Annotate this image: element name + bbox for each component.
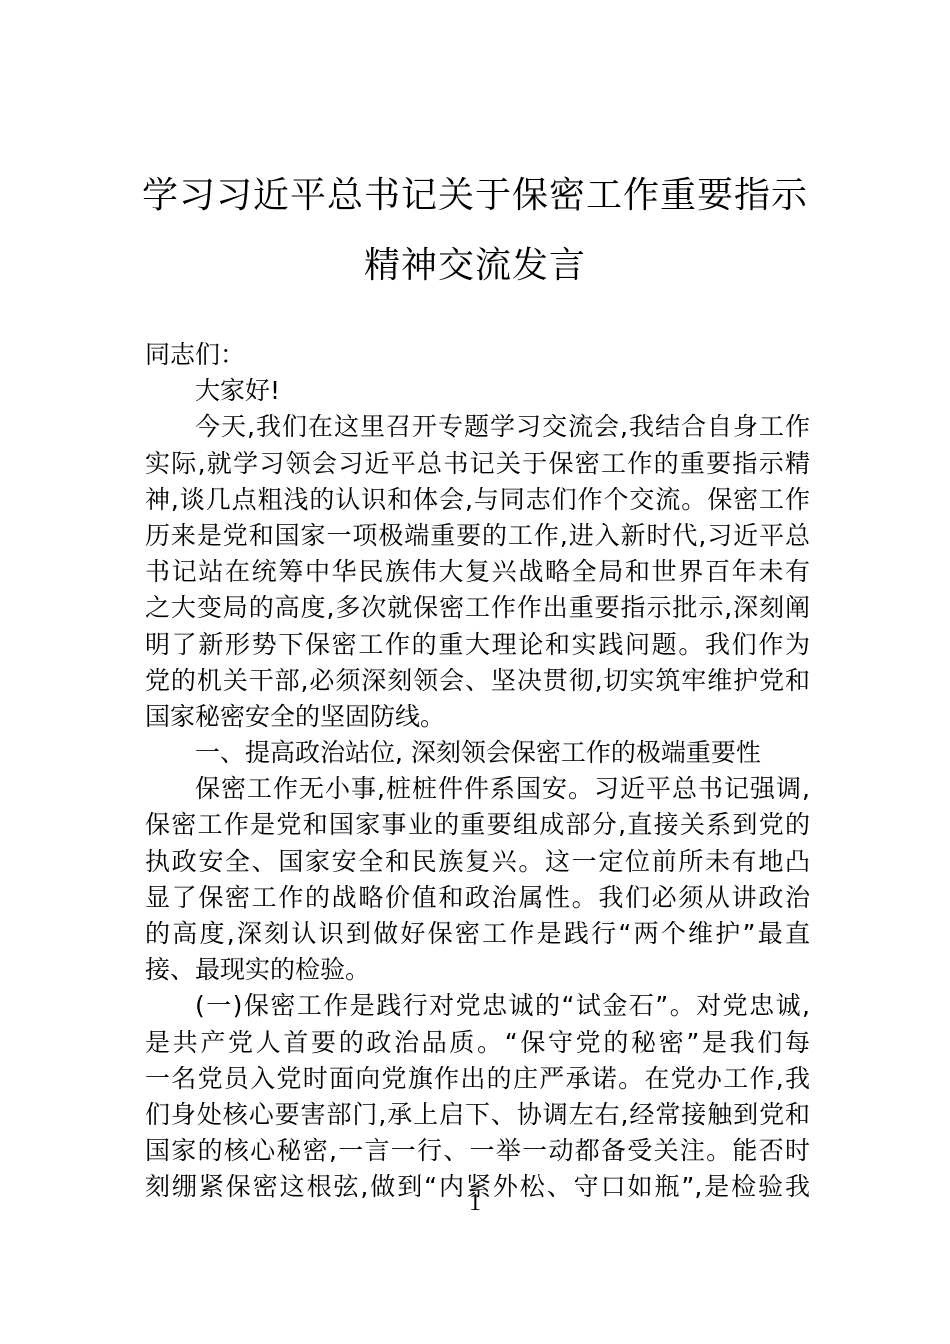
text-line: 一、提高政治站位, 深刻领会保密工作的极端重要性 xyxy=(145,735,810,771)
text-line: 同志们： xyxy=(145,337,810,373)
document-title-line-2: 精神交流发言 xyxy=(120,248,830,284)
text-line: 之大变局的高度,多次就保密工作作出重要指示批示,深刻阐 xyxy=(145,590,810,626)
text-line: 显了保密工作的战略价值和政治属性。我们必须从讲政治 xyxy=(145,880,810,916)
text-line: 接、最现实的检验。 xyxy=(145,952,810,988)
text-line: 一名党员入党时面向党旗作出的庄严承诺。在党办工作,我 xyxy=(145,1061,810,1097)
document-body: 同志们：大家好!今天,我们在这里召开专题学习交流会,我结合自身工作实际,就学习领… xyxy=(145,337,810,1206)
text-line: 实际,就学习领会习近平总书记关于保密工作的重要指示精 xyxy=(145,446,810,482)
document-page: 学习习近平总书记关于保密工作重要指示 精神交流发言 同志们：大家好!今天,我们在… xyxy=(0,0,950,1344)
text-line: 的高度,深刻认识到做好保密工作是践行“两个维护”最直 xyxy=(145,916,810,952)
text-line: 国家秘密安全的坚固防线。 xyxy=(145,699,810,735)
text-line: 今天,我们在这里召开专题学习交流会,我结合自身工作 xyxy=(145,409,810,445)
page-number: 1 xyxy=(0,1190,950,1217)
text-line: 大家好! xyxy=(145,373,810,409)
text-line: 党的机关干部,必须深刻领会、坚决贯彻,切实筑牢维护党和 xyxy=(145,663,810,699)
text-line: 保密工作是党和国家事业的重要组成部分,直接关系到党的 xyxy=(145,807,810,843)
document-title-line-1: 学习习近平总书记关于保密工作重要指示 xyxy=(120,178,830,214)
text-line: 书记站在统筹中华民族伟大复兴战略全局和世界百年未有 xyxy=(145,554,810,590)
text-line: 执政安全、国家安全和民族复兴。这一定位前所未有地凸 xyxy=(145,844,810,880)
text-line: (一)保密工作是践行对党忠诚的“试金石”。对党忠诚, xyxy=(145,988,810,1024)
text-line: 神,谈几点粗浅的认识和体会,与同志们作个交流。保密工作 xyxy=(145,482,810,518)
text-line: 国家的核心秘密,一言一行、一举一动都备受关注。能否时 xyxy=(145,1133,810,1169)
text-line: 保密工作无小事,桩桩件件系国安。习近平总书记强调, xyxy=(145,771,810,807)
text-line: 历来是党和国家一项极端重要的工作,进入新时代,习近平总 xyxy=(145,518,810,554)
text-line: 们身处核心要害部门,承上启下、协调左右,经常接触到党和 xyxy=(145,1097,810,1133)
text-line: 是共产党人首要的政治品质。“保守党的秘密”是我们每 xyxy=(145,1025,810,1061)
text-line: 明了新形势下保密工作的重大理论和实践问题。我们作为 xyxy=(145,627,810,663)
